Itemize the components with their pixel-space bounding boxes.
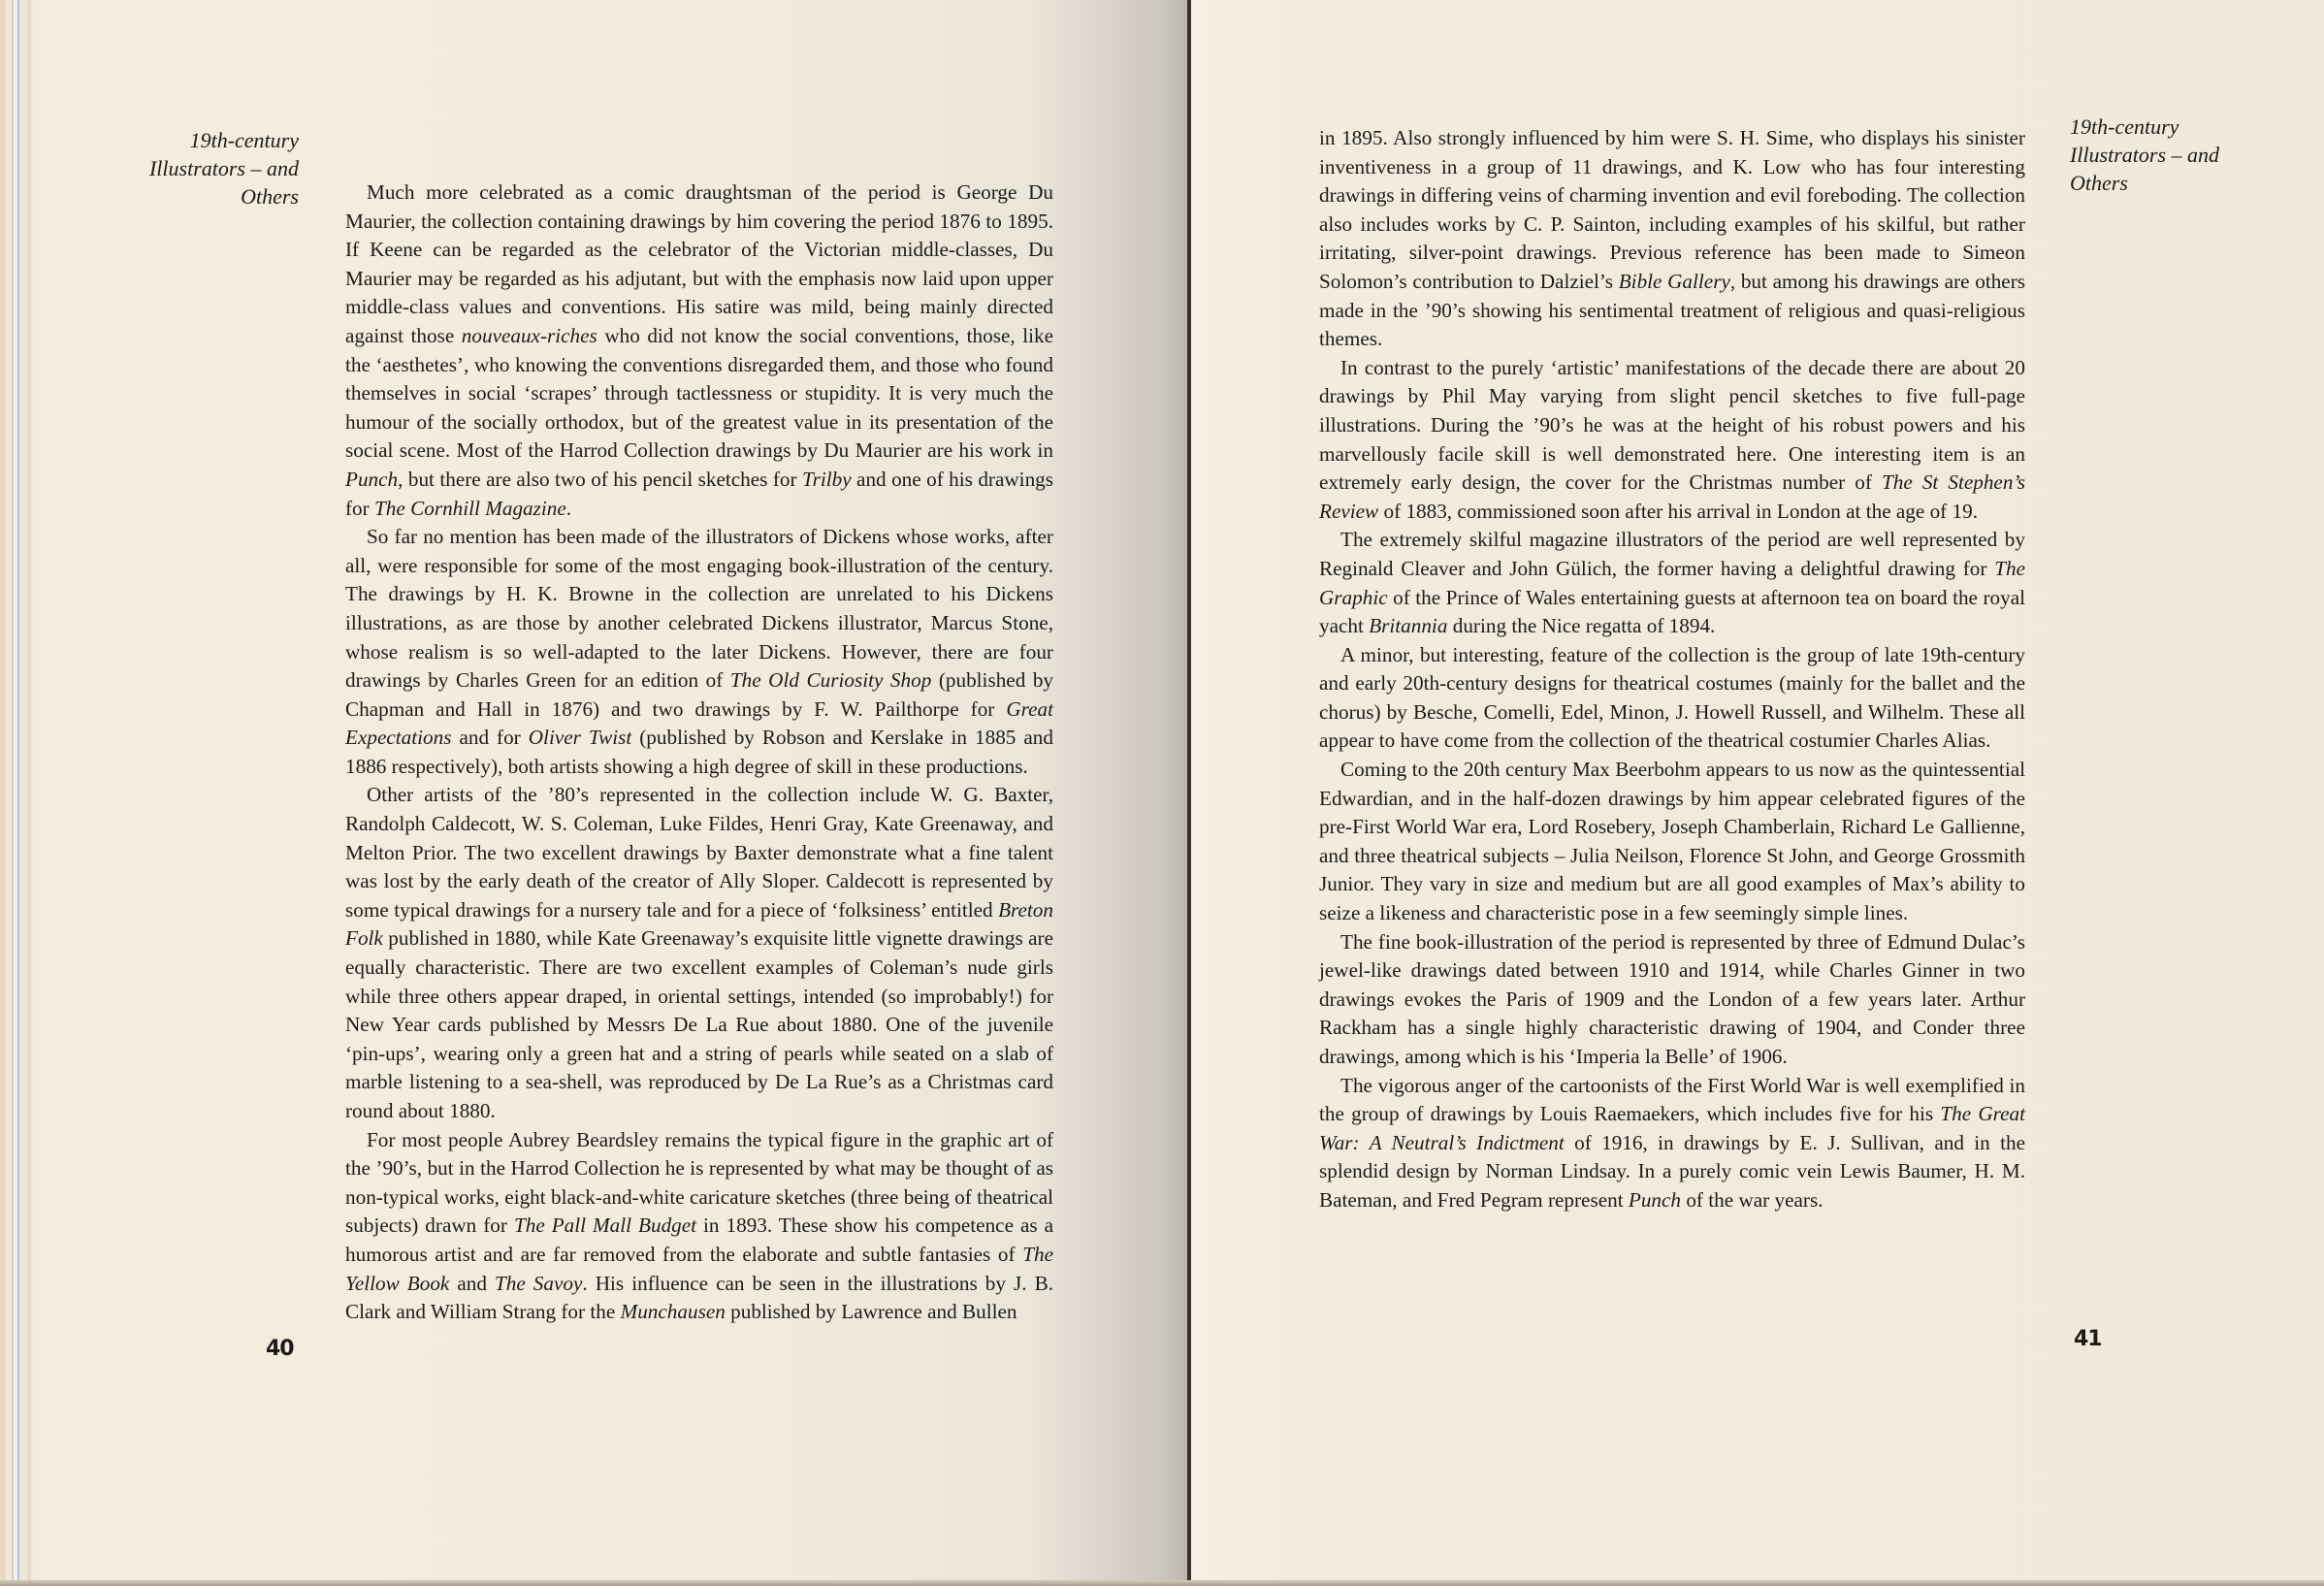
margin-heading-line: 19th-century xyxy=(116,126,299,154)
text-run: Much more celebrated as a comic draughts… xyxy=(345,180,1053,347)
text-run: , but there are also two of his pencil s… xyxy=(398,468,802,491)
body-paragraph: A minor, but interesting, feature of the… xyxy=(1319,641,2025,756)
body-paragraph: The extremely skilful magazine illustrat… xyxy=(1319,526,2025,640)
right-margin-heading: 19th-century Illustrators – and Others xyxy=(2070,113,2283,197)
body-paragraph: In contrast to the purely ‘artistic’ man… xyxy=(1319,354,2025,527)
text-run: published by Lawrence and Bullen xyxy=(726,1300,1017,1323)
text-run: A minor, but interesting, feature of the… xyxy=(1319,643,2025,753)
left-page-body: Much more celebrated as a comic draughts… xyxy=(345,178,1053,1327)
text-run: and for xyxy=(451,726,528,749)
bottom-page-edge xyxy=(0,1580,2324,1586)
text-run: of the war years. xyxy=(1681,1188,1823,1212)
book-spread: 19th-century Illustrators – and Others M… xyxy=(0,0,2324,1586)
text-run: The vigorous anger of the cartoonists of… xyxy=(1319,1074,2025,1126)
margin-heading-line: 19th-century xyxy=(2070,113,2283,141)
page-edge-stack xyxy=(0,0,31,1586)
italic-title: Trilby xyxy=(802,468,852,491)
italic-title: The Cornhill Magazine xyxy=(374,497,566,520)
right-page-body: in 1895. Also strongly influenced by him… xyxy=(1319,124,2025,1215)
margin-heading-line: Others xyxy=(116,182,299,210)
italic-title: nouveaux-riches xyxy=(462,324,597,347)
italic-title: Bible Gallery xyxy=(1619,270,1730,293)
body-paragraph: Other artists of the ’80’s represented i… xyxy=(345,781,1053,1125)
italic-title: Munchausen xyxy=(621,1300,726,1323)
book-binding-gutter xyxy=(1187,0,1191,1586)
body-paragraph: The fine book-illustration of the period… xyxy=(1319,928,2025,1072)
body-paragraph: The vigorous anger of the cartoonists of… xyxy=(1319,1072,2025,1215)
text-run: The extremely skilful magazine illustrat… xyxy=(1319,528,2025,580)
page-number-left: 40 xyxy=(266,1337,294,1361)
body-paragraph: Coming to the 20th century Max Beerbohm … xyxy=(1319,756,2025,928)
italic-title: Punch xyxy=(345,468,398,491)
italic-title: The Pall Mall Budget xyxy=(514,1214,696,1237)
italic-title: Punch xyxy=(1629,1188,1681,1212)
italic-title: The Old Curiosity Shop xyxy=(730,668,931,692)
text-run: in 1895. Also strongly influenced by him… xyxy=(1319,126,2025,293)
text-run: Other artists of the ’80’s represented i… xyxy=(345,783,1053,921)
margin-heading-line: Illustrators – and xyxy=(116,154,299,182)
italic-title: Oliver Twist xyxy=(529,726,632,749)
italic-title: Britannia xyxy=(1369,614,1447,637)
italic-title: The Savoy xyxy=(495,1272,582,1295)
text-run: Coming to the 20th century Max Beerbohm … xyxy=(1319,758,2025,924)
body-paragraph: So far no mention has been made of the i… xyxy=(345,523,1053,781)
left-margin-heading: 19th-century Illustrators – and Others xyxy=(116,126,299,210)
text-run: So far no mention has been made of the i… xyxy=(345,525,1053,692)
body-paragraph: in 1895. Also strongly influenced by him… xyxy=(1319,124,2025,354)
body-paragraph: For most people Aubrey Beardsley remains… xyxy=(345,1126,1053,1327)
page-number-right: 41 xyxy=(2074,1327,2102,1351)
margin-heading-line: Illustrators – and xyxy=(2070,141,2283,169)
text-run: during the Nice regatta of 1894. xyxy=(1447,614,1715,637)
margin-heading-line: Others xyxy=(2070,169,2283,197)
text-run: . xyxy=(566,497,571,520)
text-run: and xyxy=(449,1272,495,1295)
text-run: published in 1880, while Kate Greenaway’… xyxy=(345,926,1053,1122)
body-paragraph: Much more celebrated as a comic draughts… xyxy=(345,178,1053,523)
text-run: of 1883, commissioned soon after his arr… xyxy=(1378,500,1978,523)
text-run: The fine book-illustration of the period… xyxy=(1319,930,2025,1068)
